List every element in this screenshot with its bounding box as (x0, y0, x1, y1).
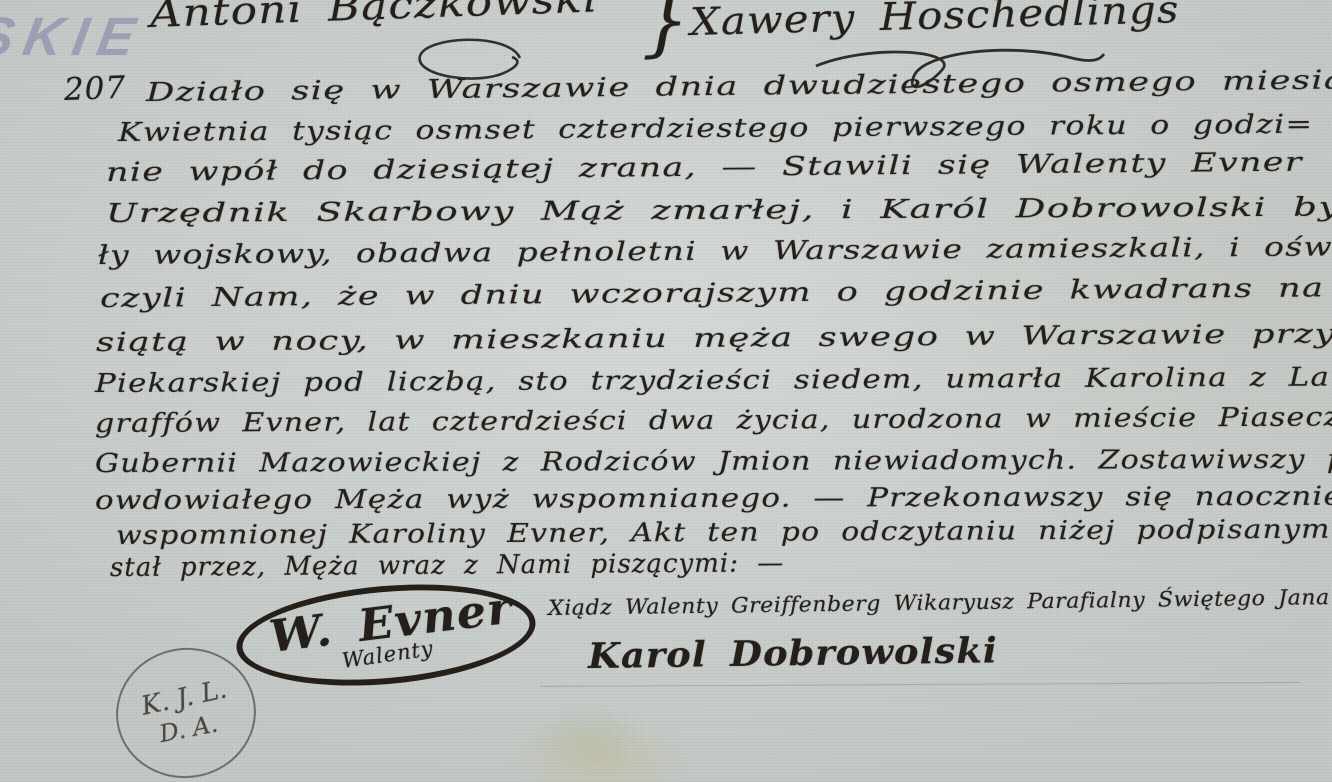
record-line: ły wojskowy, obadwa pełnoletni w Warszaw… (98, 232, 1332, 271)
archive-stamp: K. J. L. D. A. (108, 639, 265, 782)
record-line: Gubernii Mazowieckiej z Rodziców Jmion n… (95, 444, 1332, 479)
page-scan: SKIE Antoni Bączkowski } Xawery Hoschedl… (0, 0, 1332, 782)
record-line: Kwietnia tysiąc osmset czterdziestego pi… (118, 110, 1313, 148)
record-line: Działo się w Warszawie dnia dwudziestego… (146, 65, 1332, 108)
watermark-text: SKIE (0, 6, 150, 68)
husband-signature-oval: W. Evner Walenty (232, 573, 539, 697)
fold-line (540, 682, 1300, 687)
record-number: 207 (63, 70, 126, 108)
priest-signature: Xiądz Walenty Greiffenberg Wikaryusz Par… (548, 585, 1330, 620)
witness-signature: Karol Dobrowolski (588, 630, 998, 677)
header-brace: } (642, 0, 690, 66)
record-line: czyli Nam, że w dniu wczorajszym o godzi… (100, 272, 1332, 314)
record-line: Piekarskiej pod liczbą, sto trzydzieści … (95, 362, 1332, 399)
record-line: owdowiałego Męża wyż wspomnianego. — Prz… (95, 481, 1332, 516)
header-signature-left: Antoni Bączkowski (149, 0, 598, 36)
record-line: stał przez, Męża wraz z Nami piszącymi: … (110, 548, 784, 583)
record-line: Urzędnik Skarbowy Mąż zmarłej, i Karól D… (106, 192, 1332, 229)
record-line: nie wpół do dziesiątej zrana, — Stawili … (106, 148, 1303, 188)
record-line: siątą w nocy, w mieszkaniu męża swego w … (96, 318, 1332, 358)
record-line: wspomnionej Karoliny Evner, Akt ten po o… (116, 514, 1332, 551)
record-line: graffów Evner, lat czterdzieści dwa życi… (95, 402, 1332, 439)
